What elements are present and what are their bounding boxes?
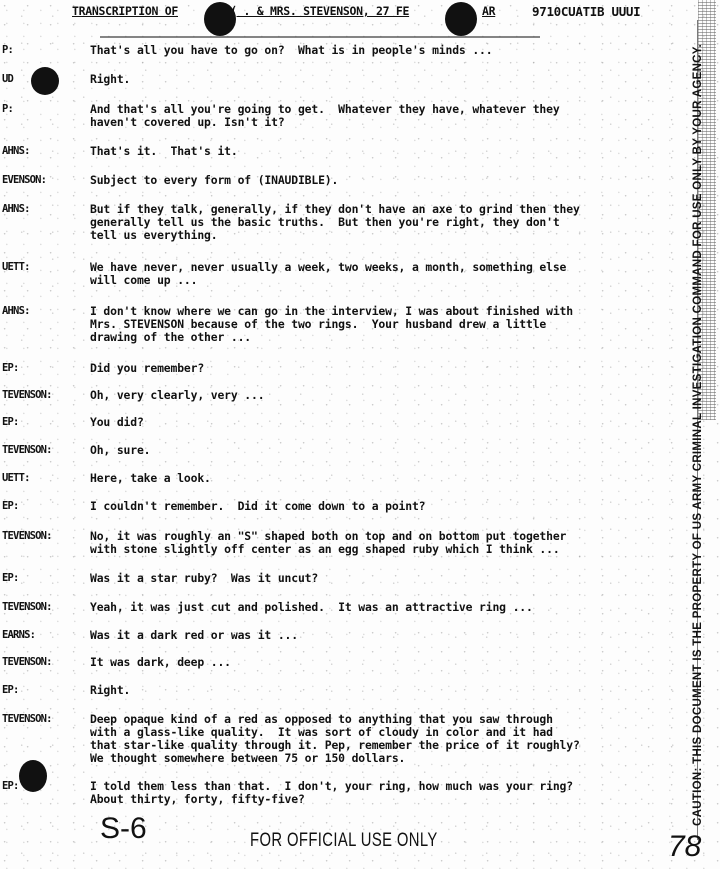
redaction-mark [204, 2, 236, 36]
caution-sidebar: CAUTION: THIS DOCUMENT IS THE PROPERTY O… [680, 0, 716, 869]
speaker-label: AHNS: [2, 305, 84, 318]
speaker-label: UETT: [2, 261, 84, 274]
speech-text: And that's all you're going to get. What… [90, 103, 650, 129]
document-page: TRANSCRIPTION OF E.( . & MRS. STEVENSON,… [0, 0, 720, 869]
speaker-label: TEVENSON: [2, 656, 84, 669]
speech-text: I couldn't remember. Did it come down to… [90, 500, 650, 513]
header-title-mid: E.( . & MRS. STEVENSON, 27 FE [217, 4, 409, 18]
speech-text: Yeah, it was just cut and polished. It w… [90, 601, 650, 614]
speech-text: Oh, sure. [90, 444, 650, 457]
speaker-label: P: [2, 44, 84, 57]
speaker-label: EP: [2, 500, 84, 513]
speech-text: Was it a star ruby? Was it uncut? [90, 572, 650, 585]
speaker-label: EP: [2, 362, 84, 375]
speech-text: Subject to every form of (INAUDIBLE). [90, 174, 650, 187]
speaker-label: EP: [2, 684, 84, 697]
header-doc-code: 9710CUATIB UUUI [532, 4, 640, 19]
speech-text: I told them less than that. I don't, you… [90, 780, 650, 806]
redaction-mark [19, 760, 47, 792]
speech-text: But if they talk, generally, if they don… [90, 203, 650, 242]
page-number: 78 [668, 830, 701, 864]
official-use-stamp: FOR OFFICIAL USE ONLY [250, 830, 438, 852]
speaker-label: EP: [2, 416, 84, 429]
speech-text: Here, take a look. [90, 472, 650, 485]
speaker-label: EVENSON: [2, 174, 84, 187]
speech-text: Right. [90, 684, 650, 697]
speaker-label: TEVENSON: [2, 389, 84, 402]
speech-text: You did? [90, 416, 650, 429]
speech-text: Did you remember? [90, 362, 650, 375]
speaker-label: UETT: [2, 472, 84, 485]
speech-text: Deep opaque kind of a red as opposed to … [90, 713, 650, 765]
speech-text: That's it. That's it. [90, 145, 650, 158]
speaker-label: AHNS: [2, 145, 84, 158]
caution-text: CAUTION: THIS DOCUMENT IS THE PROPERTY O… [692, 44, 704, 826]
speech-text: Right. [90, 73, 650, 86]
redaction-mark [31, 67, 59, 95]
speaker-label: EP: [2, 572, 84, 585]
header-title-right: AR [482, 4, 495, 18]
speaker-label: P: [2, 103, 84, 116]
speaker-label: TEVENSON: [2, 601, 84, 614]
speech-text: No, it was roughly an "S" shaped both on… [90, 530, 650, 556]
handwritten-mark: S-6 [100, 812, 147, 846]
speaker-label: AHNS: [2, 203, 84, 216]
speech-text: We have never, never usually a week, two… [90, 261, 650, 287]
document-header: TRANSCRIPTION OF E.( . & MRS. STEVENSON,… [72, 2, 672, 20]
speech-text: I don't know where we can go in the inte… [90, 305, 650, 344]
speaker-label: TEVENSON: [2, 530, 84, 543]
speech-text: It was dark, deep ... [90, 656, 650, 669]
speech-text: Oh, very clearly, very ... [90, 389, 650, 402]
speaker-label: TEVENSON: [2, 444, 84, 457]
speech-text: That's all you have to go on? What is in… [90, 44, 650, 57]
speaker-label: TEVENSON: [2, 713, 84, 726]
speaker-label: EARNS: [2, 629, 84, 642]
redaction-mark [445, 2, 477, 36]
header-rule [100, 36, 540, 38]
speech-text: Was it a dark red or was it ... [90, 629, 650, 642]
header-title-left: TRANSCRIPTION OF [72, 4, 178, 18]
